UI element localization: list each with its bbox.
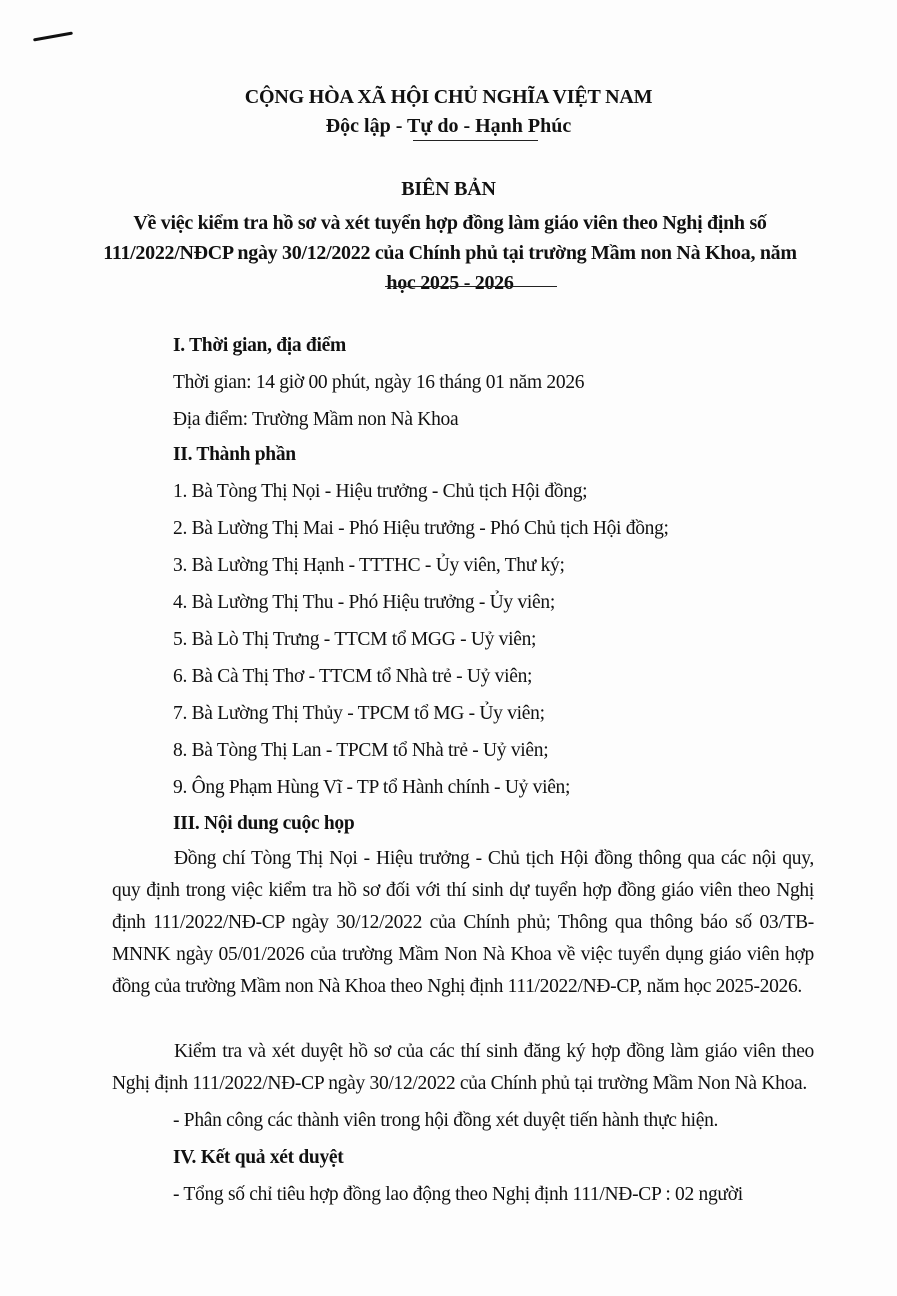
meeting-time: Thời gian: 14 giờ 00 phút, ngày 16 tháng… <box>173 372 584 394</box>
member-item: 1. Bà Tòng Thị Nọi - Hiệu trưởng - Chủ t… <box>173 481 587 503</box>
section2-heading: II. Thành phần <box>173 444 296 466</box>
member-item: 6. Bà Cà Thị Thơ - TTCM tổ Nhà trẻ - Uỷ … <box>173 666 532 688</box>
motto-underline <box>413 140 538 141</box>
section3-heading: III. Nội dung cuộc họp <box>173 813 354 835</box>
subject-underline <box>385 286 557 287</box>
national-motto: Độc lập - Tự do - Hạnh Phúc <box>0 115 897 138</box>
member-item: 2. Bà Lường Thị Mai - Phó Hiệu trưởng - … <box>173 518 669 540</box>
pen-mark <box>33 32 73 42</box>
country-name: CỘNG HÒA XÃ HỘI CHỦ NGHĨA VIỆT NAM <box>0 86 897 109</box>
member-item: 9. Ông Phạm Hùng Vĩ - TP tổ Hành chính -… <box>173 777 570 799</box>
document-page: CỘNG HÒA XÃ HỘI CHỦ NGHĨA VIỆT NAM Độc l… <box>0 0 897 1296</box>
assignment-line: - Phân công các thành viên trong hội đồn… <box>173 1110 718 1132</box>
review-paragraph: Kiểm tra và xét duyệt hồ sơ của các thí … <box>112 1036 814 1100</box>
member-item: 5. Bà Lò Thị Trưng - TTCM tổ MGG - Uỷ vi… <box>173 629 536 651</box>
section1-heading: I. Thời gian, địa điểm <box>173 335 346 357</box>
document-title: BIÊN BẢN <box>0 178 897 201</box>
member-item: 3. Bà Lường Thị Hạnh - TTTHC - Ủy viên, … <box>173 555 565 577</box>
member-item: 7. Bà Lường Thị Thủy - TPCM tổ MG - Ủy v… <box>173 703 545 725</box>
meeting-content-paragraph: Đồng chí Tòng Thị Nọi - Hiệu trưởng - Ch… <box>112 843 814 1003</box>
quota-line: - Tổng số chỉ tiêu hợp đồng lao động the… <box>173 1184 743 1206</box>
meeting-place: Địa điểm: Trường Mầm non Nà Khoa <box>173 409 458 431</box>
section4-heading: IV. Kết quả xét duyệt <box>173 1147 343 1169</box>
member-item: 8. Bà Tòng Thị Lan - TPCM tổ Nhà trẻ - U… <box>173 740 548 762</box>
document-subject: Về việc kiểm tra hồ sơ và xét tuyển hợp … <box>100 208 800 298</box>
member-item: 4. Bà Lường Thị Thu - Phó Hiệu trưởng - … <box>173 592 555 614</box>
